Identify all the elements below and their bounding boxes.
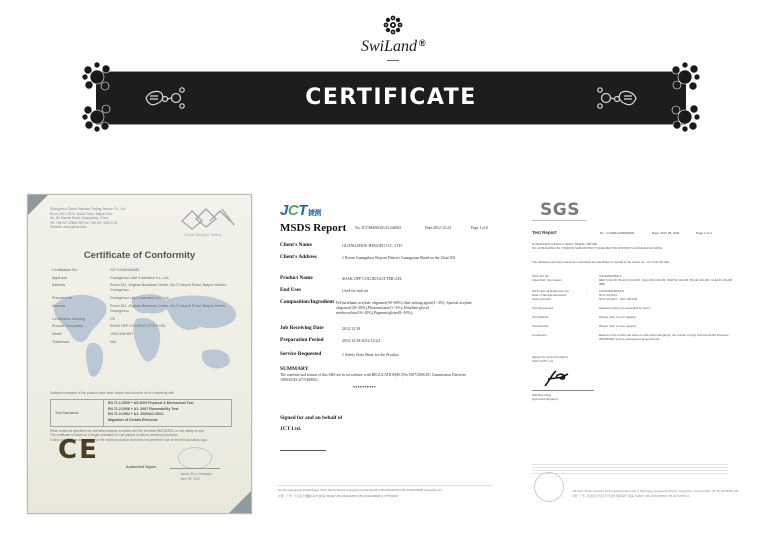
stamp: [534, 472, 564, 502]
field-row: Job Receiving Date2012/12/18: [280, 325, 500, 331]
jct-logo: JCT捷测: [280, 202, 321, 219]
footer-line: No.144 Guangyuan Road,Dingpu Town,Tianhe…: [278, 488, 494, 492]
logo-underline: [387, 60, 399, 61]
field-row: Certification No.GST12060266883: [52, 267, 242, 275]
field-row: Test Requested:Selected test(s) as reque…: [532, 307, 737, 311]
page-number: Page 1 of 4: [696, 231, 712, 235]
report-title: MSDS Report: [280, 222, 346, 234]
corner-fold: [28, 195, 48, 215]
intro-text: The following sample(s) was/were submitt…: [532, 260, 682, 264]
field-row: Preparation Period2012/12/18-2012/12/24: [280, 337, 500, 343]
brand-wordmark: SwiLand: [361, 38, 417, 56]
test-standards-list: EN 71-1:2005 + A9:2009 Physical & Mechan…: [104, 400, 231, 426]
field-row: Composition/IngredientPolyurethane acryl…: [280, 299, 500, 315]
lab-name: Global Standard Testing: [184, 233, 221, 237]
field-row: Client's Address1 Room Guangzhou Baiyun …: [280, 254, 500, 260]
floral-corner-icon: [668, 100, 702, 134]
signer-info: James Zhou, Manager June 08, 2012: [180, 472, 212, 481]
field-row: Testing Period:NOV 23,2011 - NOV 28,2011: [532, 298, 737, 302]
floral-corner-icon: [80, 100, 114, 134]
signed-for: Signed for and on behalf of SGS-CSTC Ltd…: [532, 355, 737, 363]
field-row: Product NameSOAK OFF COLOR/GLITTER GEL: [280, 275, 500, 281]
signer-info: Matthias Chen Approved Signatory: [532, 393, 737, 401]
field-row: AddressRoom 811, Jinghan Business Center…: [52, 283, 242, 293]
field-row: Client Ref. Information:RED COLOR, BLACK…: [532, 279, 737, 287]
signature-line: [532, 390, 594, 391]
ornament-icon: [588, 84, 640, 112]
floral-corner-icon: [668, 60, 702, 94]
lab-address: Guangzhou Global Standard Testing Servic…: [50, 207, 150, 230]
ce-mark: CE: [58, 435, 99, 465]
footer-line: 198 Kezhu Road, Scientech Park Guangzhou…: [572, 490, 738, 493]
sufficient-note: Sufficient samples of the product have b…: [50, 391, 240, 395]
flower-emblem-icon: [382, 14, 404, 36]
certificate-title: Certificate of Conformity: [28, 250, 251, 261]
summary-stars: **********: [353, 385, 376, 390]
corner-fold: [229, 491, 251, 513]
test-standards-table: Test Standards EN 71-1:2005 + A9:2009 Ph…: [50, 399, 232, 427]
brand-logo: SwiLand ®: [355, 14, 429, 64]
field-row: Product DescriptionSOAK OFF COLOR/GLITTE…: [52, 323, 242, 331]
authorized-signer-label: Authorized Signer: [126, 465, 156, 469]
field-row: Model1300-945-5NT: [52, 331, 242, 339]
footer-divider: [278, 485, 492, 486]
field-row: Certification MarkingCE: [52, 316, 242, 324]
logo-underline: [532, 220, 586, 221]
client-info: GUANGZHOU HUAN LI SENG TRADE LIMITED NO.…: [532, 242, 737, 250]
floral-corner-icon: [80, 60, 114, 94]
lab-logo-icon: [178, 205, 238, 231]
field-row: Conclusion:Based on the performed tests …: [532, 334, 737, 342]
signature-icon: [542, 368, 572, 388]
summary-heading: SUMMARY: [280, 366, 309, 372]
signature-line: [170, 468, 220, 469]
certificate-banner: CERTIFICATE: [96, 71, 686, 125]
page-number: Page 1 of 6: [471, 226, 488, 230]
report-date: Date:2012-12-24: [425, 226, 451, 230]
field-row: Test Method:Please refer to next page(s)…: [532, 316, 737, 320]
field-row: ApplicantGuangzhou LAM Cosmetics Co., Lt…: [52, 275, 242, 283]
certificate-of-conformity: Guangzhou Global Standard Testing Servic…: [27, 194, 252, 514]
stamp: [178, 447, 212, 469]
field-row: TrademarkN/A: [52, 339, 242, 347]
field-row: AddressRoom 811, Jinghan Business Center…: [52, 304, 242, 314]
fine-print: [532, 464, 728, 474]
field-row: Prepared forGuangzhou LAM Cosmetics Co.,…: [52, 295, 242, 303]
test-standards-label: Test Standards: [51, 400, 104, 426]
signature-line: [280, 450, 326, 451]
msds-report: JCT捷测 MSDS Report No. JCT/MSDS2012/12040…: [275, 196, 501, 516]
field-row: End UsesUsed for nail art: [280, 287, 500, 293]
company-name: JCT Ltd.: [280, 426, 301, 432]
signed-for-label: Signed for and on behalf of: [280, 415, 342, 421]
footer-line: 中国 · 广州 · 天河区长腰路144号 邮编: 510407 (86-20)3…: [278, 494, 494, 498]
sgs-test-report: SGS Test Report No.: CANML1203803001 Dat…: [528, 194, 746, 518]
sgs-logo: SGS: [540, 200, 580, 220]
registered-mark: ®: [419, 38, 426, 48]
field-row: Client's NameGUANGZHOU HENGPO CO., LTD.: [280, 242, 500, 248]
summary-text: The contents and format of this SDS are …: [280, 373, 485, 383]
certificate-fields: Certification No.GST12060266883 Applican…: [52, 267, 242, 346]
report-date: Date: NOV 28, 2011: [652, 231, 680, 235]
report-number: No. JCT/MSDS2012/1204003: [355, 226, 401, 230]
footer-line: 中国 · 广州 · 经济技术开发区科学城科珠路198号 邮编: 510663 t…: [572, 494, 738, 498]
report-number: No.: CANML1203803001: [600, 231, 635, 235]
field-row: Test Results:Please refer to next page(s…: [532, 325, 737, 329]
report-title: Test Report: [532, 230, 557, 235]
field-row: Service Requested1 Safety Data Sheet for…: [280, 351, 500, 357]
